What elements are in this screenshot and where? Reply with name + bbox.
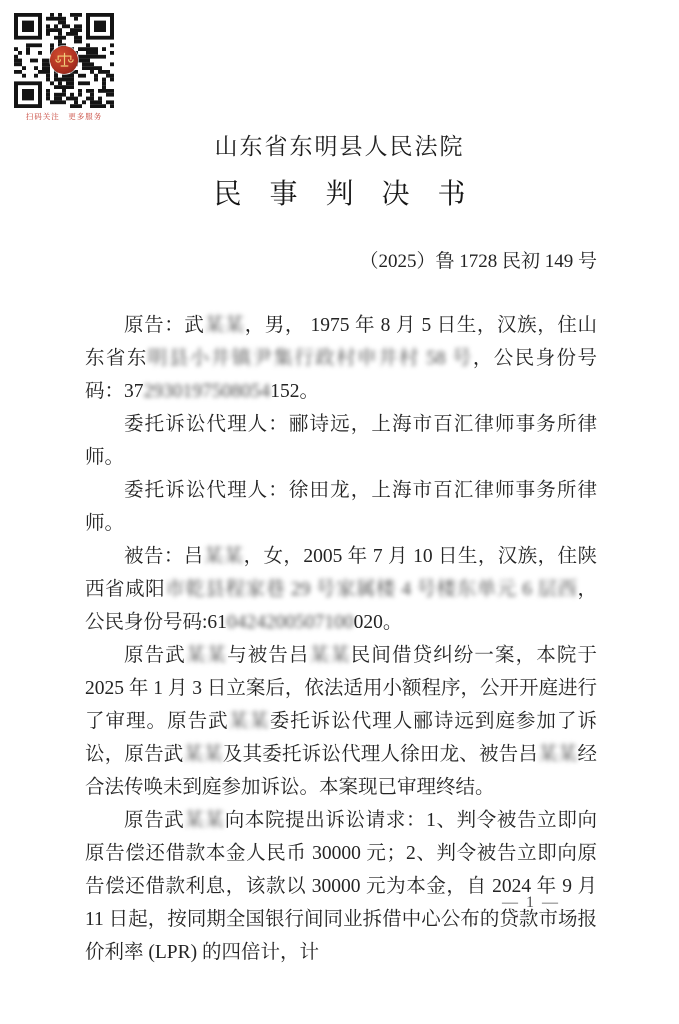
redacted-text: 某某 xyxy=(538,744,577,765)
court-emblem-icon xyxy=(50,46,78,74)
text-segment: 原告：武 xyxy=(124,315,204,336)
document-title: 民 事 判 决 书 xyxy=(0,172,679,212)
text-segment: 原告武 xyxy=(124,810,184,831)
qr-caption: 扫码关注 更多服务 xyxy=(14,111,114,122)
court-name: 山东省东明县人民法院 xyxy=(0,128,679,161)
redacted-text: 某某 xyxy=(184,744,223,765)
redacted-text: 2930197508054 xyxy=(144,381,271,402)
text-segment: 委托诉讼代理人：郦诗远，上海市百汇律师事务所律师。 xyxy=(85,414,597,468)
redacted-text: 某某 xyxy=(204,315,244,336)
paragraph-6: 原告武某某向本院提出诉讼请求：1、判令被告立即向原告偿还借款本金人民币 3000… xyxy=(85,804,597,969)
text-segment: 152。 xyxy=(270,381,319,402)
page-number: — 1 — xyxy=(502,894,560,912)
paragraph-3: 委托诉讼代理人：徐田龙，上海市百汇律师事务所律师。 xyxy=(85,474,597,540)
paragraph-4: 被告：吕某某，女，2005 年 7 月 10 日生，汉族，住陕西省咸阳市乾县程家… xyxy=(85,540,597,639)
text-segment: 委托诉讼代理人：徐田龙，上海市百汇律师事务所律师。 xyxy=(85,480,597,534)
text-segment: 与被告吕 xyxy=(227,645,309,666)
judgment-page: 扫码关注 更多服务 山东省东明县人民法院 民 事 判 决 书 （2025）鲁 1… xyxy=(0,0,679,1024)
paragraph-5: 原告武某某与被告吕某某民间借贷纠纷一案，本院于 2025 年 1 月 3 日立案… xyxy=(85,639,597,804)
qr-code: 扫码关注 更多服务 xyxy=(14,13,114,122)
redacted-text: 0424200507100 xyxy=(227,612,354,633)
document-body: 原告：武某某，男， 1975 年 8 月 5 日生，汉族，住山东省东明县小井镇尹… xyxy=(85,309,597,969)
text-segment: 020。 xyxy=(354,612,403,633)
redacted-text: 某某 xyxy=(310,645,351,666)
text-segment: 及其委托诉讼代理人徐田龙、被告吕 xyxy=(223,744,538,765)
paragraph-2: 委托诉讼代理人：郦诗远，上海市百汇律师事务所律师。 xyxy=(85,408,597,474)
redacted-text: 某某 xyxy=(204,546,244,567)
redacted-text: 市乾县程家巷 29 号家属楼 4 号楼东单元 6 层西 xyxy=(165,579,577,600)
text-segment: 原告武 xyxy=(124,645,186,666)
text-segment: 被告：吕 xyxy=(124,546,204,567)
text-segment: 向本院提出诉讼请求：1、判令被告立即向原告偿还借款本金人民币 30000 元；2… xyxy=(85,810,597,963)
redacted-text: 明县小井镇尹集行政村申井村 58 号 xyxy=(148,348,473,369)
paragraph-1: 原告：武某某，男， 1975 年 8 月 5 日生，汉族，住山东省东明县小井镇尹… xyxy=(85,309,597,408)
redacted-text: 某某 xyxy=(184,810,224,831)
redacted-text: 某某 xyxy=(186,645,227,666)
redacted-text: 某某 xyxy=(229,711,270,732)
case-number: （2025）鲁 1728 民初 149 号 xyxy=(359,246,597,273)
